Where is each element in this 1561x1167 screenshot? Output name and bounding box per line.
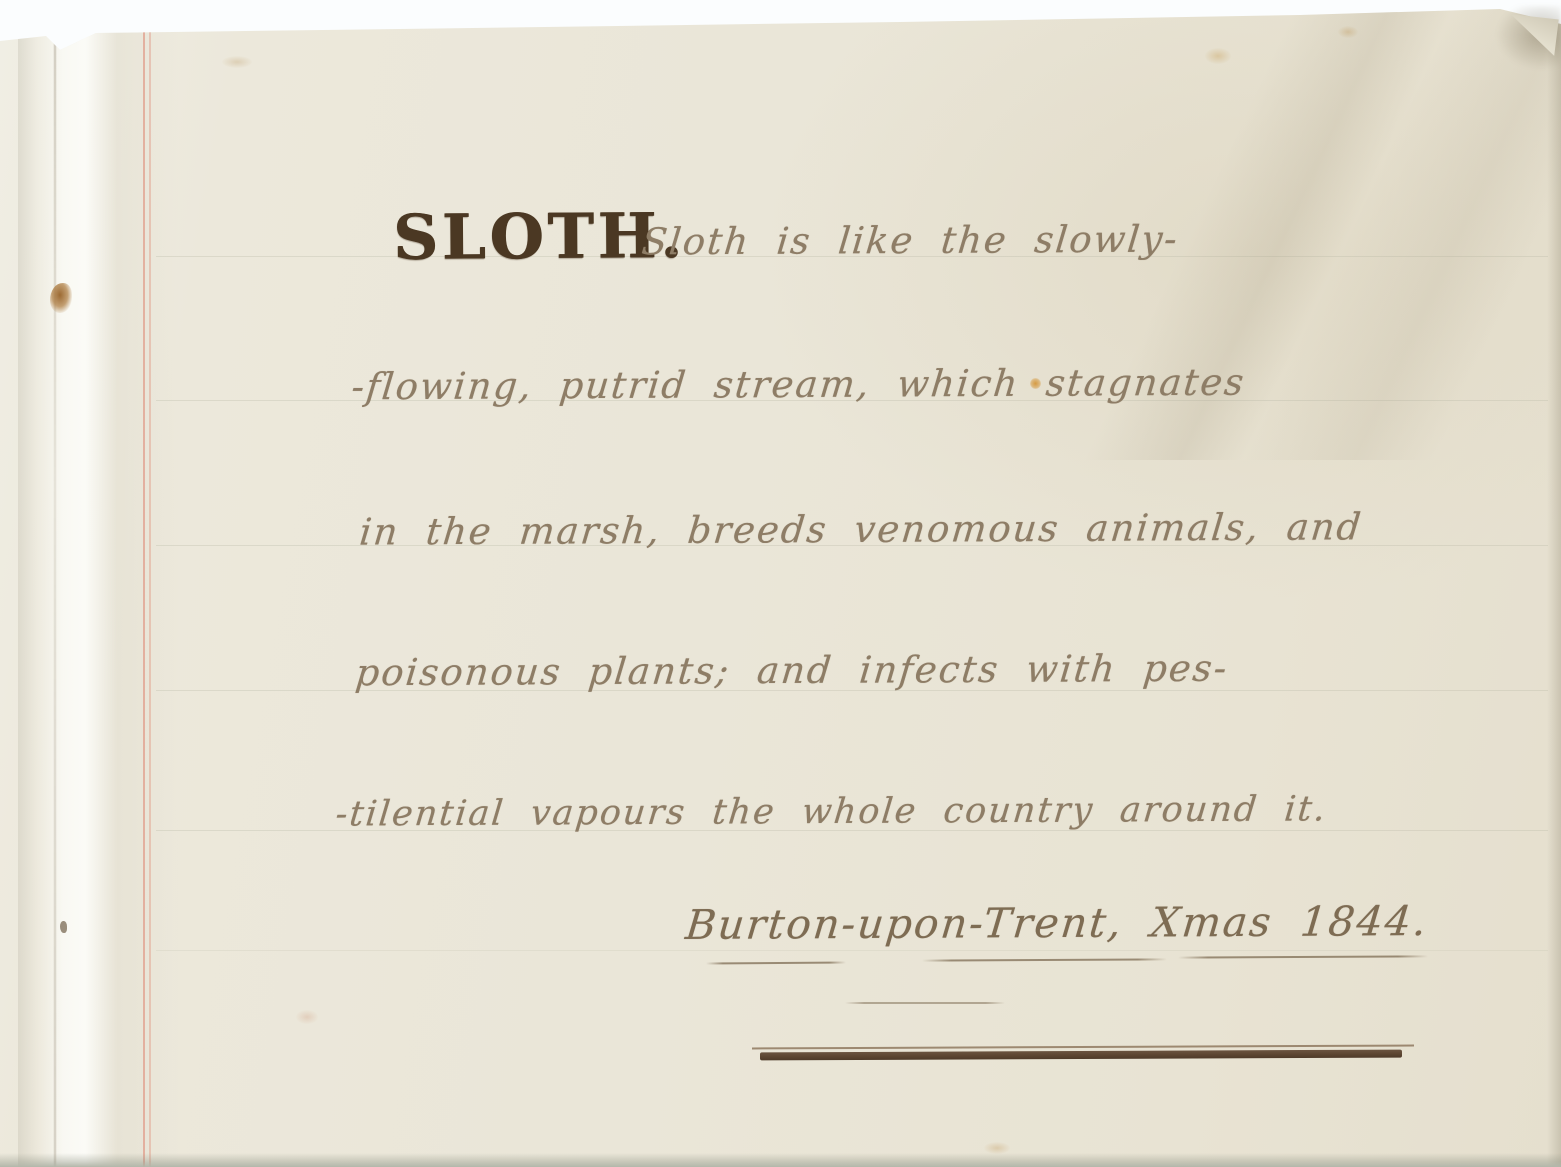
paper-sheet: SLOTH. Sloth is like the slowly- -flowin…	[0, 0, 1561, 1167]
dateline-underline-flourish	[706, 962, 846, 965]
margin-rule-inner	[149, 28, 151, 1167]
handwritten-line-3: in the marsh, breeds venomous animals, a…	[358, 508, 1364, 550]
foxing-spot	[1205, 48, 1231, 64]
dateline: Burton-upon-Trent, Xmas 1844.	[684, 901, 1430, 946]
left-fold-crease	[54, 30, 56, 1167]
page-right-edge-shadow	[1547, 20, 1561, 1167]
dateline-underline-flourish	[845, 1002, 1005, 1004]
handwritten-line-4: poisonous plants; and infects with pes-	[354, 650, 1230, 692]
handwritten-line-1: Sloth is like the slowly-	[640, 221, 1181, 261]
closing-rule-heavy	[760, 1050, 1402, 1061]
dateline-underline-flourish	[1178, 955, 1428, 958]
foxing-spot	[222, 56, 252, 68]
scanned-manuscript-page: SLOTH. Sloth is like the slowly- -flowin…	[0, 0, 1561, 1167]
foxing-spot	[296, 1010, 318, 1024]
margin-rule-outer	[143, 28, 145, 1167]
ruled-baseline	[156, 950, 1548, 951]
closing-rule-thin	[752, 1045, 1414, 1050]
page-bottom-edge-shadow	[0, 1153, 1561, 1167]
handwritten-line-2: -flowing, putrid stream, which stagnates	[350, 364, 1247, 406]
handwritten-line-5: -tilential vapours the whole country aro…	[334, 792, 1329, 832]
left-fold-highlight	[18, 28, 178, 1167]
dateline-underline-flourish	[922, 958, 1167, 961]
foxing-spot	[1338, 26, 1358, 38]
